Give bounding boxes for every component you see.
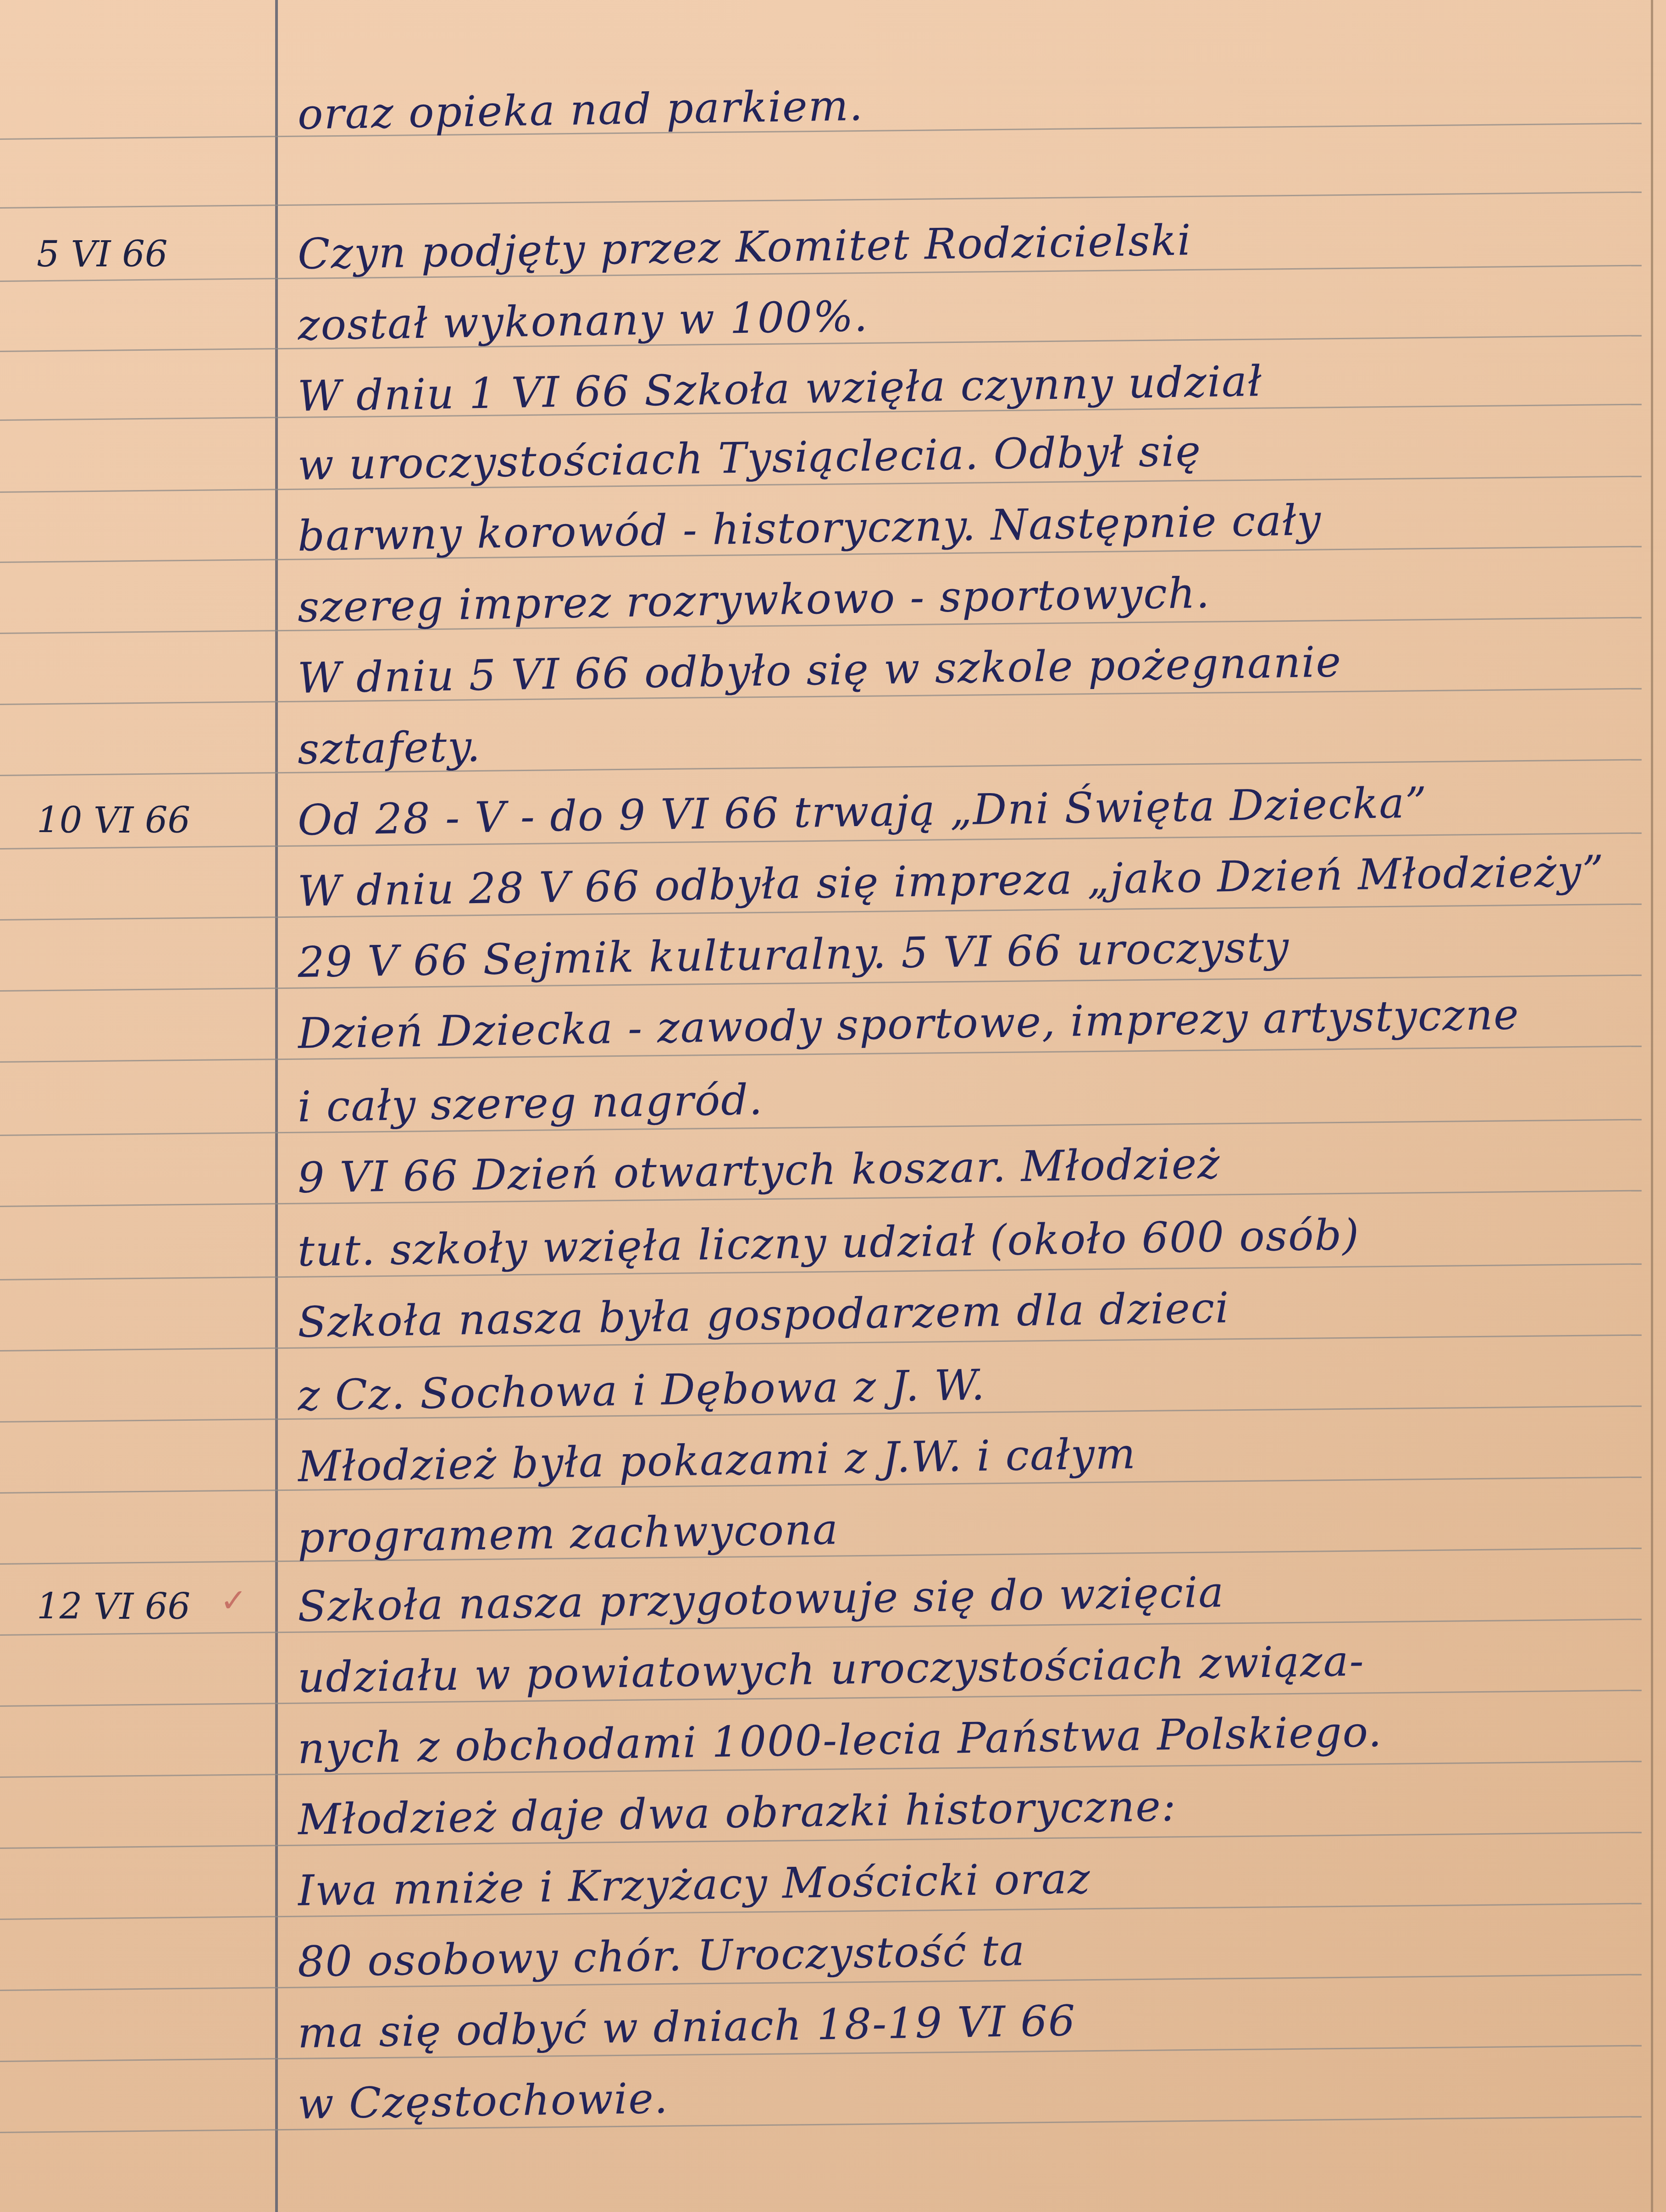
check-mark-icon: ✓ (220, 1582, 247, 1619)
entry-line: barwny korowód - historyczny. Następnie … (297, 488, 1642, 564)
entry-line: ma się odbyć w dniach 18-19 VI 66 (297, 1985, 1642, 2061)
entry-line: szereg imprez rozrywkowo - sportowych. (297, 559, 1642, 635)
entry-line: Czyn podjęty przez Komitet Rodzicielski (297, 206, 1642, 282)
entry-line: Dzień Dziecka - zawody sportowe, imprezy… (297, 985, 1642, 1061)
ruled-line (0, 192, 1642, 209)
entry-line: oraz opieka nad parkiem. (297, 66, 1642, 142)
entry-line: z Cz. Sochowa i Dębowa z J. W. (297, 1347, 1642, 1423)
page-edge-line (1651, 0, 1653, 2212)
entry-line: Od 28 - V - do 9 VI 66 trwają „Dni Święt… (297, 772, 1642, 848)
entry-line: W dniu 5 VI 66 odbyło się w szkole pożeg… (297, 630, 1642, 706)
notebook-page: oraz opieka nad parkiem. 5 VI 66 Czyn po… (0, 0, 1666, 2212)
entry-line: Młodzież daje dwa obrazki historyczne: (297, 1771, 1642, 1848)
entry-line: nych z obchodami 1000-lecia Państwa Pols… (297, 1700, 1642, 1776)
entry-line: programem zachwycona (297, 1489, 1642, 1566)
entry-line: W dniu 1 VI 66 Szkoła wzięła czynny udzi… (297, 348, 1642, 424)
entry-line: 29 V 66 Sejmik kulturalny. 5 VI 66 urocz… (297, 914, 1642, 990)
entry-date: 10 VI 66 (37, 800, 257, 841)
entry-line: w Częstochowie. (297, 2056, 1642, 2132)
entry-line: sztafety. (297, 701, 1642, 777)
entry-date: 5 VI 66 (37, 234, 257, 275)
entry-line: został wykonany w 100%. (297, 277, 1642, 353)
entry-line: Szkoła nasza była gospodarzem dla dzieci (297, 1274, 1642, 1350)
entry-line: W dniu 28 V 66 odbyła się impreza „jako … (297, 843, 1642, 919)
entry-line: i cały szereg nagród. (297, 1059, 1642, 1135)
entry-line: tut. szkoły wzięła liczny udział (około … (297, 1203, 1642, 1279)
entry-line: 80 osobowy chór. Uroczystość ta (297, 1914, 1642, 1990)
entry-line: 9 VI 66 Dzień otwartych koszar. Młodzież (297, 1130, 1642, 1206)
entry-line: Iwa mniże i Krzyżacy Mościcki oraz (297, 1842, 1642, 1919)
entry-line: w uroczystościach Tysiąclecia. Odbył się (297, 417, 1642, 493)
entry-line: Młodzież była pokazami z J.W. i całym (297, 1418, 1642, 1495)
entry-line: Szkoła nasza przygotowuje się do wzięcia (297, 1558, 1642, 1634)
entry-line: udziału w powiatowych uroczystościach zw… (297, 1629, 1642, 1705)
margin-line (275, 0, 278, 2212)
